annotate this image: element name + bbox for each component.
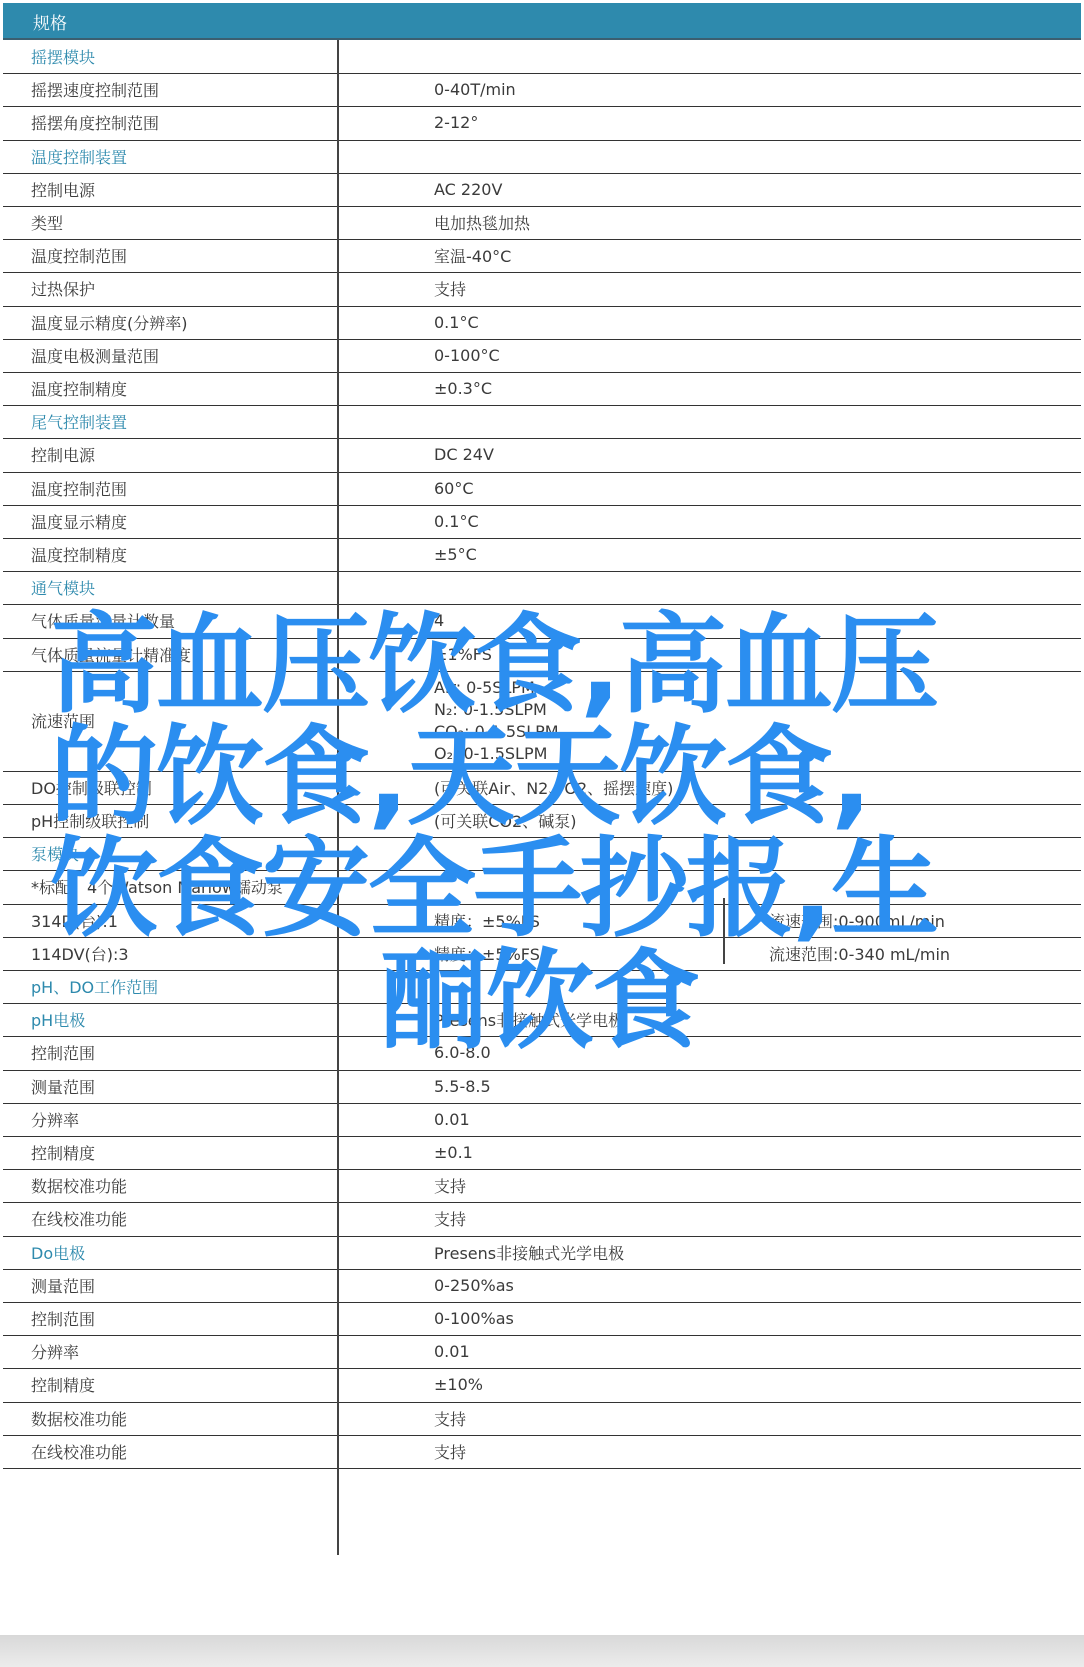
table-row: 控制电源AC 220V <box>3 173 1081 207</box>
row-value: ±10% <box>434 1368 483 1401</box>
row-value: 支持 <box>434 1202 466 1235</box>
row-value: 支持 <box>434 1169 466 1202</box>
row-label: 类型 <box>31 206 63 239</box>
row-label: 摇摆角度控制范围 <box>31 106 159 139</box>
row-value: ±5°C <box>434 538 477 571</box>
table-row: 数据校准功能支持 <box>3 1169 1081 1203</box>
row-value: 2-12° <box>434 106 478 139</box>
row-value: 0-100°C <box>434 339 500 372</box>
row-label: 分辨率 <box>31 1335 79 1368</box>
table-row: 数据校准功能支持 <box>3 1402 1081 1436</box>
table-row: 温度电极测量范围0-100°C <box>3 339 1081 373</box>
row-value: 电加热毯加热 <box>434 206 530 239</box>
row-value: 0.01 <box>434 1103 470 1136</box>
row-label: 数据校准功能 <box>31 1402 127 1435</box>
table-row: 测量范围0-250%as <box>3 1269 1081 1303</box>
row-value: 0.1°C <box>434 505 479 538</box>
row-value: 支持 <box>434 1435 466 1468</box>
table-header-title: 规格 <box>33 9 67 34</box>
row-label: 控制电源 <box>31 438 95 471</box>
row-value: 支持 <box>434 1402 466 1435</box>
section-row: 摇摆模块 <box>3 40 1081 74</box>
row-label: 温度控制范围 <box>31 472 127 505</box>
watermark-overlay-text: 高血压饮食,高血压 的饮食,天天饮食, 饮食安全手抄报,生 酮饮食 <box>50 610 970 1058</box>
row-label: 控制范围 <box>31 1302 95 1335</box>
row-label: 温度控制装置 <box>31 140 127 173</box>
table-row: 温度控制范围室温-40°C <box>3 239 1081 273</box>
row-value: 0.01 <box>434 1335 470 1368</box>
row-label: 过热保护 <box>31 272 95 305</box>
overlay-line-4: 酮饮食 <box>50 946 970 1058</box>
row-value: 60°C <box>434 472 474 505</box>
row-label: 温度控制精度 <box>31 538 127 571</box>
row-value: 0.1°C <box>434 306 479 339</box>
overlay-line-2: 的饮食,天天饮食, <box>50 722 970 834</box>
row-label: 温度显示精度(分辨率) <box>31 306 188 339</box>
row-value: DC 24V <box>434 438 494 471</box>
bottom-bar <box>0 1635 1084 1667</box>
table-row: 控制范围0-100%as <box>3 1302 1081 1336</box>
overlay-line-1: 高血压饮食,高血压 <box>50 610 970 722</box>
row-label: 摇摆模块 <box>31 40 95 73</box>
row-label: 在线校准功能 <box>31 1202 127 1235</box>
row-value: ±0.1 <box>434 1136 473 1169</box>
row-value: 5.5-8.5 <box>434 1070 491 1103</box>
section-row: 尾气控制装置 <box>3 405 1081 439</box>
table-row: 摇摆速度控制范围0-40T/min <box>3 73 1081 107</box>
row-value: ±0.3°C <box>434 372 492 405</box>
row-label: 分辨率 <box>31 1103 79 1136</box>
overlay-line-3: 饮食安全手抄报,生 <box>50 834 970 946</box>
table-row: 控制精度±10% <box>3 1368 1081 1402</box>
table-row: 控制精度±0.1 <box>3 1136 1081 1170</box>
table-row: 温度控制精度±0.3°C <box>3 372 1081 406</box>
row-label: 测量范围 <box>31 1269 95 1302</box>
table-header: 规格 <box>3 3 1081 40</box>
table-row: 过热保护支持 <box>3 272 1081 306</box>
table-row: 测量范围5.5-8.5 <box>3 1070 1081 1104</box>
row-value: 0-100%as <box>434 1302 514 1335</box>
table-row: 温度显示精度(分辨率)0.1°C <box>3 306 1081 340</box>
row-label: 控制电源 <box>31 173 95 206</box>
row-label: 测量范围 <box>31 1070 95 1103</box>
section-row: Do电极Presens非接触式光学电极 <box>3 1236 1081 1270</box>
row-label: 在线校准功能 <box>31 1435 127 1468</box>
row-label: 温度显示精度 <box>31 505 127 538</box>
table-row: 控制电源DC 24V <box>3 438 1081 472</box>
row-label: 通气模块 <box>31 571 95 604</box>
section-row: 温度控制装置 <box>3 140 1081 174</box>
row-value: AC 220V <box>434 173 502 206</box>
row-label: 数据校准功能 <box>31 1169 127 1202</box>
table-row: 分辨率0.01 <box>3 1103 1081 1137</box>
row-label: 摇摆速度控制范围 <box>31 73 159 106</box>
row-value: 室温-40°C <box>434 239 511 272</box>
row-label: 尾气控制装置 <box>31 405 127 438</box>
table-row: 在线校准功能支持 <box>3 1435 1081 1469</box>
row-label: Do电极 <box>31 1236 85 1269</box>
row-value: Presens非接触式光学电极 <box>434 1236 624 1269</box>
table-row: 类型电加热毯加热 <box>3 206 1081 240</box>
row-label: 温度控制范围 <box>31 239 127 272</box>
table-row: 温度显示精度0.1°C <box>3 505 1081 539</box>
table-row: 温度控制范围60°C <box>3 472 1081 506</box>
row-value: 支持 <box>434 272 466 305</box>
row-label: 温度电极测量范围 <box>31 339 159 372</box>
section-row: 通气模块 <box>3 571 1081 605</box>
row-value: 0-40T/min <box>434 73 516 106</box>
row-value: 0-250%as <box>434 1269 514 1302</box>
row-label: 控制精度 <box>31 1136 95 1169</box>
table-row: 在线校准功能支持 <box>3 1202 1081 1236</box>
row-label: 控制精度 <box>31 1368 95 1401</box>
table-row: 温度控制精度±5°C <box>3 538 1081 572</box>
table-row: 分辨率0.01 <box>3 1335 1081 1369</box>
row-label: 温度控制精度 <box>31 372 127 405</box>
table-row: 摇摆角度控制范围2-12° <box>3 106 1081 140</box>
